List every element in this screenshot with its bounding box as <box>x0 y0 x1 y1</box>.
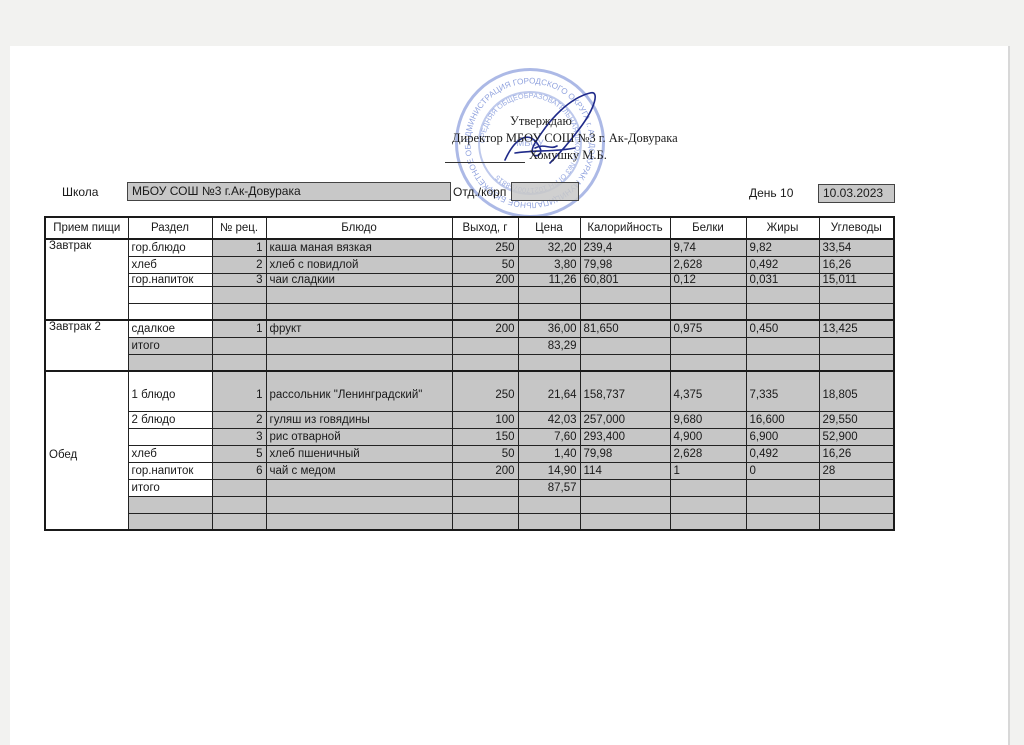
dish-cell <box>266 354 452 371</box>
section-cell: итого <box>128 479 212 496</box>
approval-name-line: Хомушку М.Б. <box>445 148 607 163</box>
protein-cell <box>670 354 746 371</box>
col-header-dish: Блюдо <box>266 217 452 239</box>
kcal-cell: 114 <box>580 462 670 479</box>
dish-cell: хлеб пшеничный <box>266 445 452 462</box>
recipe-cell: 2 <box>212 256 266 273</box>
yield-cell: 100 <box>452 411 518 428</box>
recipe-cell: 3 <box>212 273 266 286</box>
carbs-cell: 15,011 <box>819 273 894 286</box>
section-cell: гор.напиток <box>128 462 212 479</box>
protein-cell: 1 <box>670 462 746 479</box>
kcal-cell <box>580 496 670 513</box>
price-cell: 7,60 <box>518 428 580 445</box>
price-cell <box>518 513 580 530</box>
recipe-cell: 2 <box>212 411 266 428</box>
table-row: 3рис отварной1507,60293,4004,9006,90052,… <box>45 428 894 445</box>
carbs-cell <box>819 303 894 320</box>
recipe-cell <box>212 354 266 371</box>
col-header-yield: Выход, г <box>452 217 518 239</box>
dept-field[interactable] <box>511 182 579 201</box>
protein-cell: 9,74 <box>670 239 746 256</box>
recipe-cell: 1 <box>212 371 266 411</box>
protein-cell <box>670 479 746 496</box>
signature-line <box>445 150 525 163</box>
fat-cell: 6,900 <box>746 428 819 445</box>
section-cell <box>128 496 212 513</box>
col-header-recipe: № рец. <box>212 217 266 239</box>
kcal-cell <box>580 513 670 530</box>
kcal-cell: 81,650 <box>580 320 670 337</box>
section-cell: 2 блюдо <box>128 411 212 428</box>
recipe-cell: 5 <box>212 445 266 462</box>
protein-cell: 2,628 <box>670 445 746 462</box>
kcal-cell <box>580 479 670 496</box>
carbs-cell: 29,550 <box>819 411 894 428</box>
price-cell: 14,90 <box>518 462 580 479</box>
price-cell: 11,26 <box>518 273 580 286</box>
day-label: День 10 <box>749 186 793 200</box>
protein-cell: 9,680 <box>670 411 746 428</box>
carbs-cell: 13,425 <box>819 320 894 337</box>
kcal-cell: 79,98 <box>580 256 670 273</box>
carbs-cell <box>819 513 894 530</box>
fat-cell <box>746 513 819 530</box>
recipe-cell: 3 <box>212 428 266 445</box>
yield-cell <box>452 513 518 530</box>
yield-cell: 250 <box>452 371 518 411</box>
carbs-cell: 18,805 <box>819 371 894 411</box>
table-row <box>45 303 894 320</box>
kcal-cell: 60,801 <box>580 273 670 286</box>
yield-cell: 200 <box>452 462 518 479</box>
yield-cell <box>452 337 518 354</box>
protein-cell: 2,628 <box>670 256 746 273</box>
protein-cell <box>670 286 746 303</box>
yield-cell <box>452 496 518 513</box>
yield-cell: 200 <box>452 273 518 286</box>
col-header-kcal: Калорийность <box>580 217 670 239</box>
dish-cell <box>266 337 452 354</box>
dish-cell: фрукт <box>266 320 452 337</box>
recipe-cell <box>212 479 266 496</box>
dish-cell: чаи сладкии <box>266 273 452 286</box>
section-cell <box>128 303 212 320</box>
protein-cell: 0,975 <box>670 320 746 337</box>
dish-cell: гуляш из говядины <box>266 411 452 428</box>
dish-cell <box>266 303 452 320</box>
yield-cell: 200 <box>452 320 518 337</box>
fat-cell: 0,450 <box>746 320 819 337</box>
yield-cell <box>452 354 518 371</box>
table-row: гор.напиток6чай с медом20014,901141028 <box>45 462 894 479</box>
carbs-cell: 33,54 <box>819 239 894 256</box>
carbs-cell: 28 <box>819 462 894 479</box>
recipe-cell: 1 <box>212 320 266 337</box>
price-cell: 87,57 <box>518 479 580 496</box>
yield-cell <box>452 286 518 303</box>
carbs-cell <box>819 496 894 513</box>
price-cell <box>518 286 580 303</box>
yield-cell: 50 <box>452 445 518 462</box>
price-cell: 21,64 <box>518 371 580 411</box>
fat-cell <box>746 354 819 371</box>
date-field[interactable]: 10.03.2023 <box>818 184 895 203</box>
yield-cell: 250 <box>452 239 518 256</box>
approval-name: Хомушку М.Б. <box>529 148 607 162</box>
price-cell: 42,03 <box>518 411 580 428</box>
price-cell: 36,00 <box>518 320 580 337</box>
price-cell: 32,20 <box>518 239 580 256</box>
table-row: итого87,57 <box>45 479 894 496</box>
section-cell: хлеб <box>128 256 212 273</box>
dish-cell: каша маная вязкая <box>266 239 452 256</box>
dish-cell <box>266 479 452 496</box>
meal-cell: Обед <box>45 371 128 530</box>
price-cell <box>518 496 580 513</box>
approval-title: Утверждаю <box>510 114 572 129</box>
protein-cell <box>670 496 746 513</box>
yield-cell: 50 <box>452 256 518 273</box>
col-header-price: Цена <box>518 217 580 239</box>
price-cell: 3,80 <box>518 256 580 273</box>
section-cell <box>128 286 212 303</box>
col-header-meal: Прием пищи <box>45 217 128 239</box>
section-cell: 1 блюдо <box>128 371 212 411</box>
recipe-cell <box>212 496 266 513</box>
kcal-cell: 79,98 <box>580 445 670 462</box>
section-cell: хлеб <box>128 445 212 462</box>
table-row: Обед1 блюдо1рассольник "Ленинградский"25… <box>45 371 894 411</box>
table-row <box>45 496 894 513</box>
col-header-protein: Белки <box>670 217 746 239</box>
kcal-cell: 293,400 <box>580 428 670 445</box>
fat-cell: 16,600 <box>746 411 819 428</box>
kcal-cell <box>580 303 670 320</box>
dish-cell <box>266 513 452 530</box>
table-row <box>45 513 894 530</box>
section-cell: гор.блюдо <box>128 239 212 256</box>
price-cell <box>518 303 580 320</box>
table-row: итого83,29 <box>45 337 894 354</box>
col-header-fat: Жиры <box>746 217 819 239</box>
table-row: гор.напиток3чаи сладкии20011,2660,8010,1… <box>45 273 894 286</box>
table-row: Завтрак 2сдалкое1фрукт20036,0081,6500,97… <box>45 320 894 337</box>
fat-cell <box>746 479 819 496</box>
recipe-cell <box>212 286 266 303</box>
price-cell: 83,29 <box>518 337 580 354</box>
dish-cell: рис отварной <box>266 428 452 445</box>
kcal-cell: 257,000 <box>580 411 670 428</box>
kcal-cell: 158,737 <box>580 371 670 411</box>
section-cell <box>128 428 212 445</box>
section-cell <box>128 513 212 530</box>
table-row <box>45 354 894 371</box>
dish-cell: рассольник "Ленинградский" <box>266 371 452 411</box>
protein-cell: 4,375 <box>670 371 746 411</box>
dish-cell: чай с медом <box>266 462 452 479</box>
section-cell <box>128 354 212 371</box>
recipe-cell <box>212 513 266 530</box>
kcal-cell <box>580 354 670 371</box>
yield-cell <box>452 303 518 320</box>
recipe-cell <box>212 337 266 354</box>
table-row: хлеб5хлеб пшеничный501,4079,982,6280,492… <box>45 445 894 462</box>
dept-label: Отд./корп <box>453 185 506 199</box>
kcal-cell <box>580 337 670 354</box>
fat-cell: 9,82 <box>746 239 819 256</box>
dish-cell <box>266 496 452 513</box>
protein-cell: 4,900 <box>670 428 746 445</box>
carbs-cell: 52,900 <box>819 428 894 445</box>
fat-cell: 0 <box>746 462 819 479</box>
fat-cell <box>746 286 819 303</box>
yield-cell <box>452 479 518 496</box>
dish-cell <box>266 286 452 303</box>
col-header-carbs: Углеводы <box>819 217 894 239</box>
price-cell: 1,40 <box>518 445 580 462</box>
recipe-cell: 6 <box>212 462 266 479</box>
recipe-cell: 1 <box>212 239 266 256</box>
protein-cell: 0,12 <box>670 273 746 286</box>
col-header-section: Раздел <box>128 217 212 239</box>
kcal-cell: 239,4 <box>580 239 670 256</box>
fat-cell <box>746 496 819 513</box>
protein-cell <box>670 337 746 354</box>
meal-cell: Завтрак 2 <box>45 320 128 371</box>
fat-cell: 0,031 <box>746 273 819 286</box>
table-row: Завтракгор.блюдо1каша маная вязкая25032,… <box>45 239 894 256</box>
fat-cell: 7,335 <box>746 371 819 411</box>
carbs-cell: 16,26 <box>819 445 894 462</box>
table-header-row: Прием пищи Раздел № рец. Блюдо Выход, г … <box>45 217 894 239</box>
section-cell: сдалкое <box>128 320 212 337</box>
fat-cell <box>746 337 819 354</box>
carbs-cell <box>819 286 894 303</box>
recipe-cell <box>212 303 266 320</box>
table-row <box>45 286 894 303</box>
protein-cell <box>670 513 746 530</box>
dish-cell: хлеб с повидлой <box>266 256 452 273</box>
table-row: 2 блюдо2гуляш из говядины10042,03257,000… <box>45 411 894 428</box>
fat-cell <box>746 303 819 320</box>
carbs-cell <box>819 354 894 371</box>
meal-cell: Завтрак <box>45 239 128 320</box>
carbs-cell <box>819 337 894 354</box>
school-label: Школа <box>62 185 98 199</box>
approval-position: Директор МБОУ СОШ №3 г. Ак-Довурака <box>452 131 678 146</box>
menu-table: Прием пищи Раздел № рец. Блюдо Выход, г … <box>44 216 895 531</box>
price-cell <box>518 354 580 371</box>
kcal-cell <box>580 286 670 303</box>
carbs-cell <box>819 479 894 496</box>
protein-cell <box>670 303 746 320</box>
school-field[interactable]: МБОУ СОШ №3 г.Ак-Довурака <box>127 182 451 201</box>
carbs-cell: 16,26 <box>819 256 894 273</box>
section-cell: гор.напиток <box>128 273 212 286</box>
section-cell: итого <box>128 337 212 354</box>
table-row: хлеб2хлеб с повидлой503,8079,982,6280,49… <box>45 256 894 273</box>
yield-cell: 150 <box>452 428 518 445</box>
fat-cell: 0,492 <box>746 256 819 273</box>
fat-cell: 0,492 <box>746 445 819 462</box>
